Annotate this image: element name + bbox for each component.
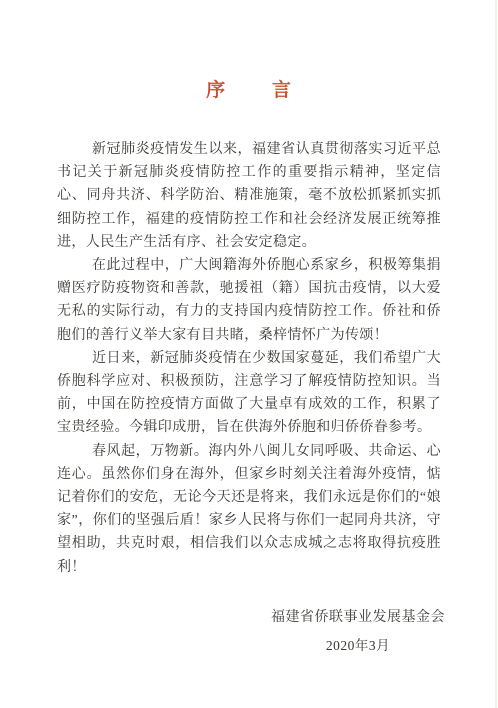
signature-date: 2020年3月 [326,639,390,653]
preface-page: 序 言 新冠肺炎疫情发生以来，福建省认真贯彻落实习近平总书记关于新冠肺炎疫情防控… [0,0,498,708]
body-paragraph: 新冠肺炎疫情发生以来，福建省认真贯彻落实习近平总书记关于新冠肺炎疫情防控工作的重… [57,138,441,254]
preface-body: 新冠肺炎疫情发生以来，福建省认真贯彻落实习近平总书记关于新冠肺炎疫情防控工作的重… [57,138,441,579]
signature-block: 福建省侨联事业发展基金会 2020年3月 [271,611,445,653]
page-title: 序 言 [0,0,498,102]
body-paragraph: 在此过程中，广大闽籍海外侨胞心系家乡，积极筹集捐赠医疗防疫物资和善款，驰援祖（籍… [57,254,441,347]
body-paragraph: 春风起，万物新。海内外八闽儿女同呼吸、共命运、心连心。虽然你们身在海外，但家乡时… [57,440,441,579]
scan-edge-artifact [495,0,497,708]
body-paragraph: 近日来，新冠肺炎疫情在少数国家蔓延，我们希望广大侨胞科学应对、积极预防，注意学习… [57,347,441,440]
signature-organization: 福建省侨联事业发展基金会 [271,611,445,625]
